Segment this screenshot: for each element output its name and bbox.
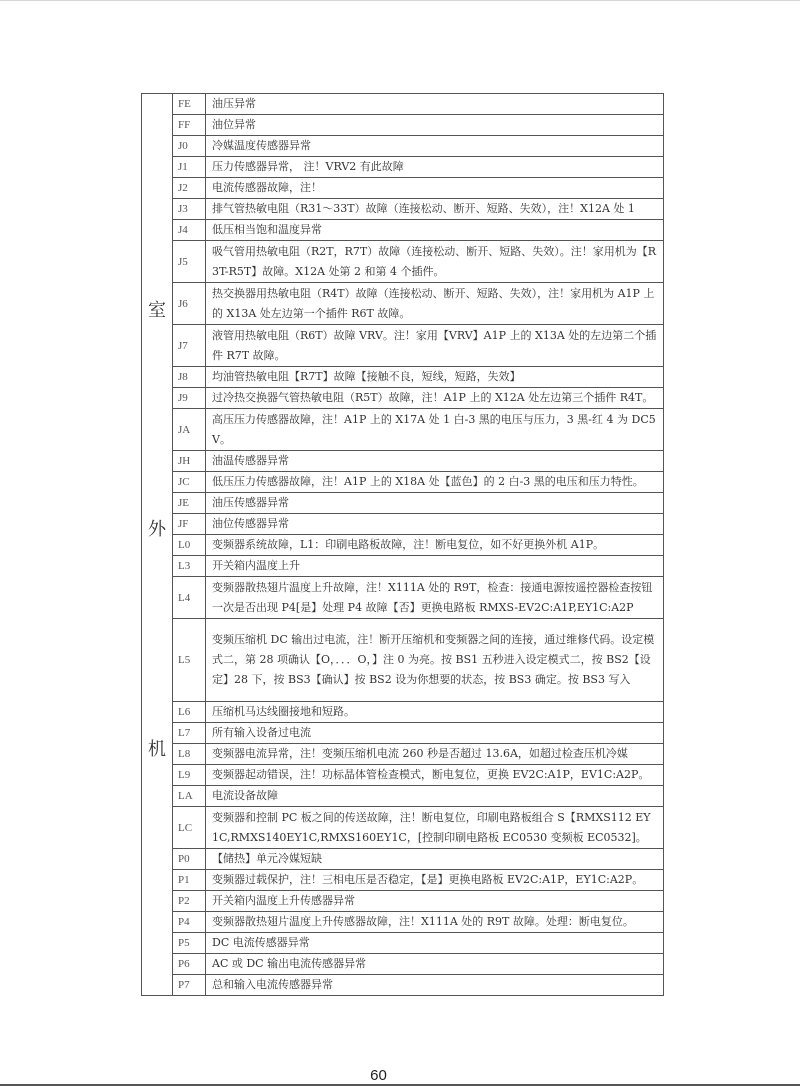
unit-group-label-outdoor: 室 外 机 bbox=[142, 94, 173, 996]
table-row: J3 排气管热敏电阻（R31～33T）故障（连接松动、断开、短路、失效），注！X… bbox=[142, 199, 664, 220]
table-row: JF 油位传感器异常 bbox=[142, 514, 664, 535]
fault-code: P2 bbox=[173, 891, 206, 912]
table-row: LA 电流设备故障 bbox=[142, 786, 664, 807]
fault-description: 油压传感器异常 bbox=[206, 493, 664, 514]
fault-description: 变频器散热翅片温度上升故障，注！X111A 处的 R9T，检查：接通电源按遥控器… bbox=[206, 577, 664, 619]
fault-code: JC bbox=[173, 472, 206, 493]
fault-description: 均油管热敏电阻【R7T】故障【接触不良，短线，短路，失效】 bbox=[206, 367, 664, 388]
fault-description: 油压异常 bbox=[206, 94, 664, 115]
table-row: JE 油压传感器异常 bbox=[142, 493, 664, 514]
fault-description: 变频压缩机 DC 输出过电流，注！断开压缩机和变频器之间的连接，通过维修代码。设… bbox=[206, 619, 664, 702]
fault-description: 油位传感器异常 bbox=[206, 514, 664, 535]
fault-code: J7 bbox=[173, 325, 206, 367]
fault-description: 【储热】单元冷媒短缺 bbox=[206, 849, 664, 870]
fault-description: 低压压力传感器故障，注！A1P 上的 X18A 处【蓝色】的 2 白-3 黑的电… bbox=[206, 472, 664, 493]
table-row: JH 油温传感器异常 bbox=[142, 451, 664, 472]
table-row: FF 油位异常 bbox=[142, 115, 664, 136]
fault-description: 变频器电流异常，注！变频压缩机电流 260 秒是否超过 13.6A，如超过检查压… bbox=[206, 744, 664, 765]
table-row: L0 变频器系统故障，L1：印刷电路板故障，注！断电复位，如不好更换外机 A1P… bbox=[142, 535, 664, 556]
fault-code: J4 bbox=[173, 220, 206, 241]
fault-code: J0 bbox=[173, 136, 206, 157]
table-row: J2 电流传感器故障，注！ bbox=[142, 178, 664, 199]
fault-description: 油位异常 bbox=[206, 115, 664, 136]
table-row: P6 AC 或 DC 输出电流传感器异常 bbox=[142, 954, 664, 975]
table-row: J4 低压相当饱和温度异常 bbox=[142, 220, 664, 241]
fault-description: 变频器散热翅片温度上升传感器故障，注！X111A 处的 R9T 故障。处理：断电… bbox=[206, 912, 664, 933]
fault-description: 开关箱内温度上升传感器异常 bbox=[206, 891, 664, 912]
fault-code: J1 bbox=[173, 157, 206, 178]
fault-description: 变频器和控制 PC 板之间的传送故障，注！断电复位，印刷电路板组合 S【RMXS… bbox=[206, 807, 664, 849]
fault-description: 排气管热敏电阻（R31～33T）故障（连接松动、断开、短路、失效），注！X12A… bbox=[206, 199, 664, 220]
group-char-3: 机 bbox=[148, 740, 166, 760]
fault-description: 电流传感器故障，注！ bbox=[206, 178, 664, 199]
fault-code: P7 bbox=[173, 975, 206, 996]
fault-description: 变频器过载保护，注！三相电压是否稳定，【是】更换电路板 EV2C:A1P，EY1… bbox=[206, 870, 664, 891]
fault-code: J5 bbox=[173, 241, 206, 283]
table-row: J0 冷媒温度传感器异常 bbox=[142, 136, 664, 157]
fault-description: 压力传感器异常， 注！VRV2 有此故障 bbox=[206, 157, 664, 178]
fault-code: L9 bbox=[173, 765, 206, 786]
fault-description: 低压相当饱和温度异常 bbox=[206, 220, 664, 241]
table-row: LC 变频器和控制 PC 板之间的传送故障，注！断电复位，印刷电路板组合 S【R… bbox=[142, 807, 664, 849]
fault-code: LC bbox=[173, 807, 206, 849]
fault-code: FE bbox=[173, 94, 206, 115]
fault-description: AC 或 DC 输出电流传感器异常 bbox=[206, 954, 664, 975]
fault-code: J8 bbox=[173, 367, 206, 388]
table-row: L7 所有输入设备过电流 bbox=[142, 723, 664, 744]
fault-description: 所有输入设备过电流 bbox=[206, 723, 664, 744]
fault-code: P4 bbox=[173, 912, 206, 933]
fault-code: L3 bbox=[173, 556, 206, 577]
fault-code: L7 bbox=[173, 723, 206, 744]
table-row: P0 【储热】单元冷媒短缺 bbox=[142, 849, 664, 870]
fault-code: P6 bbox=[173, 954, 206, 975]
fault-description: 变频器系统故障，L1：印刷电路板故障，注！断电复位，如不好更换外机 A1P。 bbox=[206, 535, 664, 556]
fault-code: JF bbox=[173, 514, 206, 535]
fault-code: JA bbox=[173, 409, 206, 451]
table-row: P2 开关箱内温度上升传感器异常 bbox=[142, 891, 664, 912]
table-row: L3 开关箱内温度上升 bbox=[142, 556, 664, 577]
fault-description: 开关箱内温度上升 bbox=[206, 556, 664, 577]
fault-code: P5 bbox=[173, 933, 206, 954]
table-row: J6 热交换器用热敏电阻（R4T）故障（连接松动、断开、短路、失效），注！家用机… bbox=[142, 283, 664, 325]
fault-description: 变频器起动错误，注！功标晶体管检查模式，断电复位，更换 EV2C:A1P，EV1… bbox=[206, 765, 664, 786]
fault-code: LA bbox=[173, 786, 206, 807]
fault-code: L4 bbox=[173, 577, 206, 619]
fault-description: 热交换器用热敏电阻（R4T）故障（连接松动、断开、短路、失效），注！家用机为 A… bbox=[206, 283, 664, 325]
table-row: P4 变频器散热翅片温度上升传感器故障，注！X111A 处的 R9T 故障。处理… bbox=[142, 912, 664, 933]
fault-code: P1 bbox=[173, 870, 206, 891]
fault-code: L8 bbox=[173, 744, 206, 765]
page-number: 60 bbox=[0, 1067, 757, 1084]
fault-code: L5 bbox=[173, 619, 206, 702]
table-row: L8 变频器电流异常，注！变频压缩机电流 260 秒是否超过 13.6A，如超过… bbox=[142, 744, 664, 765]
fault-code: FF bbox=[173, 115, 206, 136]
fault-code: L0 bbox=[173, 535, 206, 556]
group-char-1: 室 bbox=[148, 301, 166, 321]
table-row: L4 变频器散热翅片温度上升故障，注！X111A 处的 R9T，检查：接通电源按… bbox=[142, 577, 664, 619]
table-row: P7 总和输入电流传感器异常 bbox=[142, 975, 664, 996]
fault-code-table: 室 外 机 FE 油压异常 FF 油位异常 J0 冷媒温度传感器异常 J1 压力… bbox=[141, 93, 664, 996]
fault-description: 吸气管用热敏电阻（R2T，R7T）故障（连接松动、断开、短路、失效）。注！家用机… bbox=[206, 241, 664, 283]
fault-code: JE bbox=[173, 493, 206, 514]
table-row: J1 压力传感器异常， 注！VRV2 有此故障 bbox=[142, 157, 664, 178]
fault-code: J3 bbox=[173, 199, 206, 220]
table-row: 室 外 机 FE 油压异常 bbox=[142, 94, 664, 115]
table-row: J7 液管用热敏电阻（R6T）故障 VRV。注！家用【VRV】A1P 上的 X1… bbox=[142, 325, 664, 367]
table-row: L6 压缩机马达线圈接地和短路。 bbox=[142, 702, 664, 723]
fault-description: 压缩机马达线圈接地和短路。 bbox=[206, 702, 664, 723]
fault-code: J6 bbox=[173, 283, 206, 325]
fault-code: JH bbox=[173, 451, 206, 472]
fault-description: 电流设备故障 bbox=[206, 786, 664, 807]
fault-code: P0 bbox=[173, 849, 206, 870]
table-row: J5 吸气管用热敏电阻（R2T，R7T）故障（连接松动、断开、短路、失效）。注！… bbox=[142, 241, 664, 283]
table-row: L9 变频器起动错误，注！功标晶体管检查模式，断电复位，更换 EV2C:A1P，… bbox=[142, 765, 664, 786]
fault-description: 油温传感器异常 bbox=[206, 451, 664, 472]
top-border-line bbox=[0, 0, 800, 1]
fault-description: 总和输入电流传感器异常 bbox=[206, 975, 664, 996]
group-char-2: 外 bbox=[148, 520, 166, 540]
fault-description: 液管用热敏电阻（R6T）故障 VRV。注！家用【VRV】A1P 上的 X13A … bbox=[206, 325, 664, 367]
fault-description: DC 电流传感器异常 bbox=[206, 933, 664, 954]
fault-description: 过冷热交换器气管热敏电阻（R5T）故障，注！A1P 上的 X12A 处左边第三个… bbox=[206, 388, 664, 409]
table-row: P1 变频器过载保护，注！三相电压是否稳定，【是】更换电路板 EV2C:A1P，… bbox=[142, 870, 664, 891]
table-row: JC 低压压力传感器故障，注！A1P 上的 X18A 处【蓝色】的 2 白-3 … bbox=[142, 472, 664, 493]
fault-code: L6 bbox=[173, 702, 206, 723]
table-row: J9 过冷热交换器气管热敏电阻（R5T）故障，注！A1P 上的 X12A 处左边… bbox=[142, 388, 664, 409]
table-row: P5 DC 电流传感器异常 bbox=[142, 933, 664, 954]
fault-code: J9 bbox=[173, 388, 206, 409]
table-row: L5 变频压缩机 DC 输出过电流，注！断开压缩机和变频器之间的连接，通过维修代… bbox=[142, 619, 664, 702]
table-row: J8 均油管热敏电阻【R7T】故障【接触不良，短线，短路，失效】 bbox=[142, 367, 664, 388]
fault-description: 高压压力传感器故障，注！A1P 上的 X17A 处 1 白-3 黑的电压与压力，… bbox=[206, 409, 664, 451]
fault-description: 冷媒温度传感器异常 bbox=[206, 136, 664, 157]
fault-code: J2 bbox=[173, 178, 206, 199]
table-row: JA 高压压力传感器故障，注！A1P 上的 X17A 处 1 白-3 黑的电压与… bbox=[142, 409, 664, 451]
